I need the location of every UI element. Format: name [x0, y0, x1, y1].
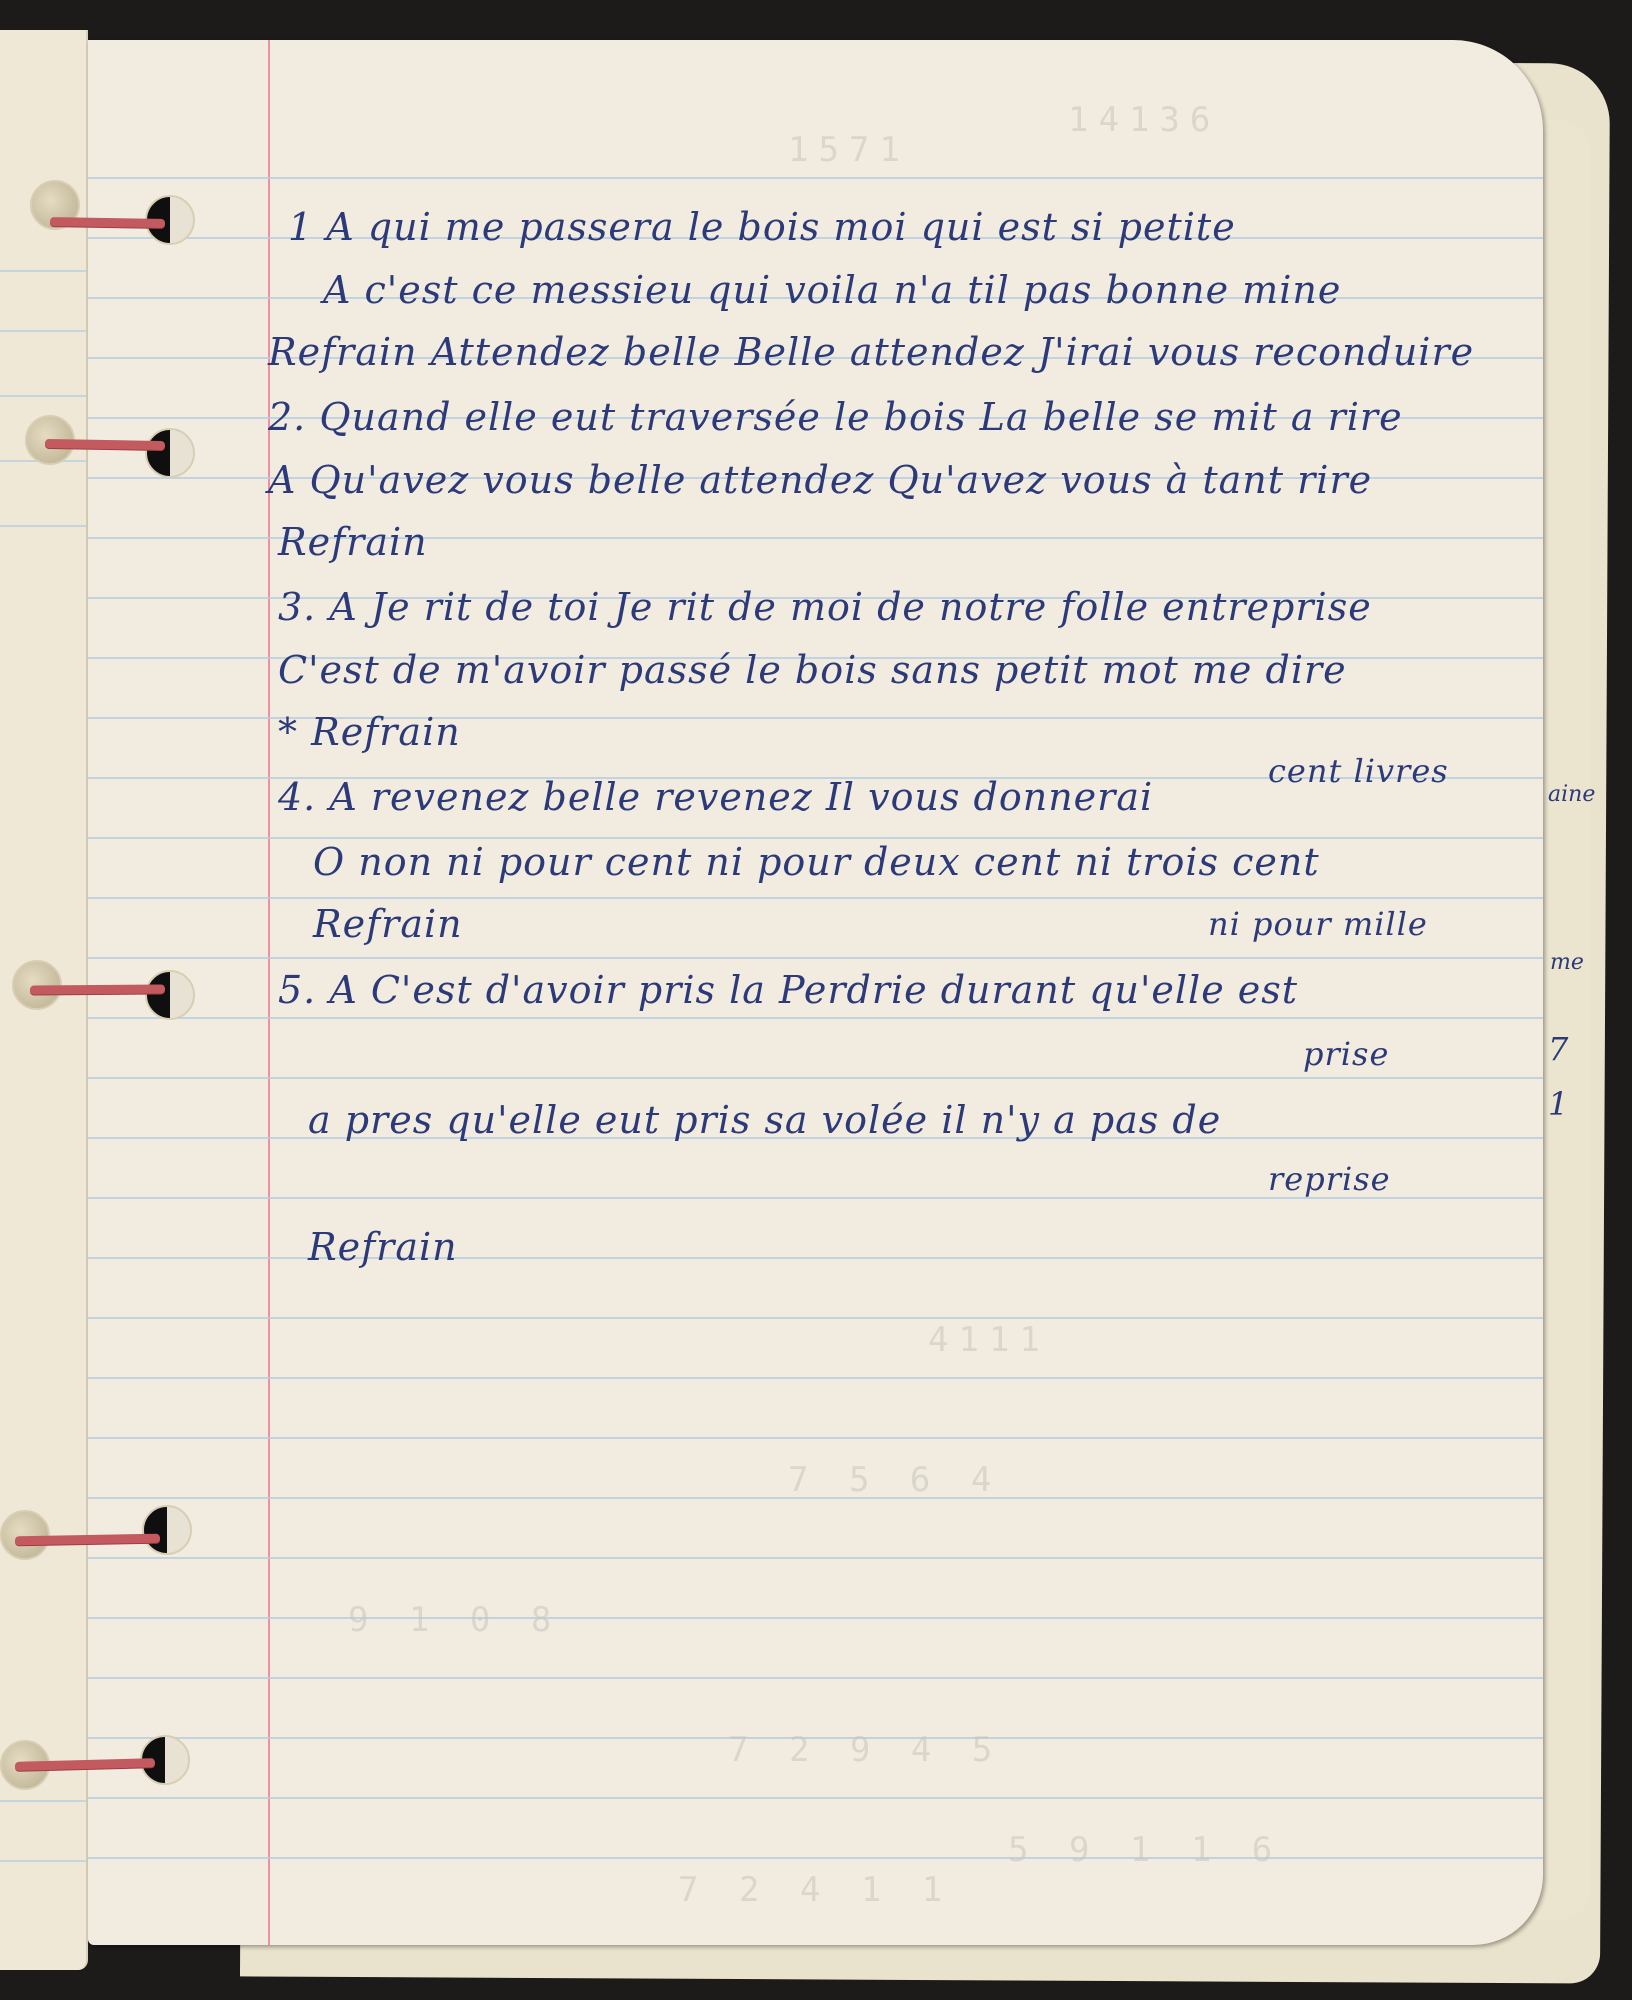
ruled-line: [88, 1557, 1543, 1559]
verse-2-line-2: A Qu'avez vous belle attendez Qu'avez vo…: [268, 458, 1372, 502]
verse-5-continuation-2: reprise: [1268, 1160, 1391, 1198]
notebook-page: 14136 1571 4111 7 5 6 4 9 1 0 8 7 2 9 4 …: [88, 40, 1543, 1945]
verse-3-line-1: 3. A Je rit de toi Je rit de moi de notr…: [278, 585, 1372, 629]
edge-note: 7: [1548, 1030, 1568, 1068]
binding-hole: [142, 1505, 192, 1555]
ruled-line: [88, 837, 1543, 839]
ruled-line: [0, 1860, 86, 1862]
ruled-line: [88, 957, 1543, 959]
refrain-label: Refrain: [313, 902, 463, 946]
ruled-line: [88, 1017, 1543, 1019]
pencil-bleedthrough: 9 1 0 8: [348, 1600, 561, 1640]
ruled-line: [88, 177, 1543, 179]
pencil-bleedthrough: 7 2 4 1 1: [678, 1870, 952, 1910]
ruled-line: [0, 330, 86, 332]
ruled-line: [88, 1317, 1543, 1319]
binding-hole: [145, 428, 195, 478]
pencil-bleedthrough: 1571: [788, 130, 910, 170]
pencil-bleedthrough: 4111: [928, 1320, 1050, 1360]
verse-5-line-2: a pres qu'elle eut pris sa volée il n'y …: [308, 1098, 1221, 1142]
ruled-line: [88, 1077, 1543, 1079]
verse-1-line-2: A c'est ce messieu qui voila n'a til pas…: [323, 268, 1341, 312]
ruled-line: [0, 270, 86, 272]
margin-line: [268, 40, 270, 1945]
verse-3-line-2: C'est de m'avoir passé le bois sans peti…: [278, 648, 1347, 692]
edge-note: me: [1550, 950, 1584, 975]
ruled-line: [88, 1857, 1543, 1859]
verse-5-line-1: 5. A C'est d'avoir pris la Perdrie duran…: [278, 968, 1298, 1012]
binding-hole: [145, 970, 195, 1020]
pencil-bleedthrough: 14136: [1068, 100, 1220, 140]
ruled-line: [88, 1797, 1543, 1799]
pencil-bleedthrough: 7 5 6 4: [788, 1460, 1001, 1500]
binding-string: [30, 984, 165, 994]
ruled-line: [88, 1617, 1543, 1619]
ruled-line: [0, 525, 86, 527]
pencil-bleedthrough: 7 2 9 4 5: [728, 1730, 1002, 1770]
ruled-line: [88, 1677, 1543, 1679]
edge-note: aine: [1548, 782, 1595, 807]
edge-note: 1: [1548, 1085, 1568, 1123]
verse-1-line-1: 1 A qui me passera le bois moi qui est s…: [288, 205, 1236, 249]
verse-4-insertion: cent livres: [1268, 752, 1449, 790]
verse-4-line-1: 4. A revenez belle revenez Il vous donne…: [278, 775, 1153, 819]
ruled-line: [88, 897, 1543, 899]
ruled-line: [88, 1257, 1543, 1259]
verse-4-continuation: ni pour mille: [1208, 905, 1428, 943]
ruled-line: [88, 1437, 1543, 1439]
verse-2-line-1: 2. Quand elle eut traversée le bois La b…: [268, 395, 1403, 439]
ruled-line: [0, 1800, 86, 1802]
verse-5-continuation-1: prise: [1303, 1035, 1389, 1073]
verse-4-line-2: O non ni pour cent ni pour deux cent ni …: [313, 840, 1320, 884]
ruled-line: [88, 1377, 1543, 1379]
ruled-line: [0, 395, 86, 397]
refrain-label: Refrain: [308, 1225, 458, 1269]
refrain-line: Refrain Attendez belle Belle attendez J'…: [268, 330, 1474, 374]
refrain-label: * Refrain: [278, 710, 461, 754]
refrain-label: Refrain: [278, 520, 428, 564]
pencil-bleedthrough: 5 9 1 1 6: [1008, 1830, 1282, 1870]
